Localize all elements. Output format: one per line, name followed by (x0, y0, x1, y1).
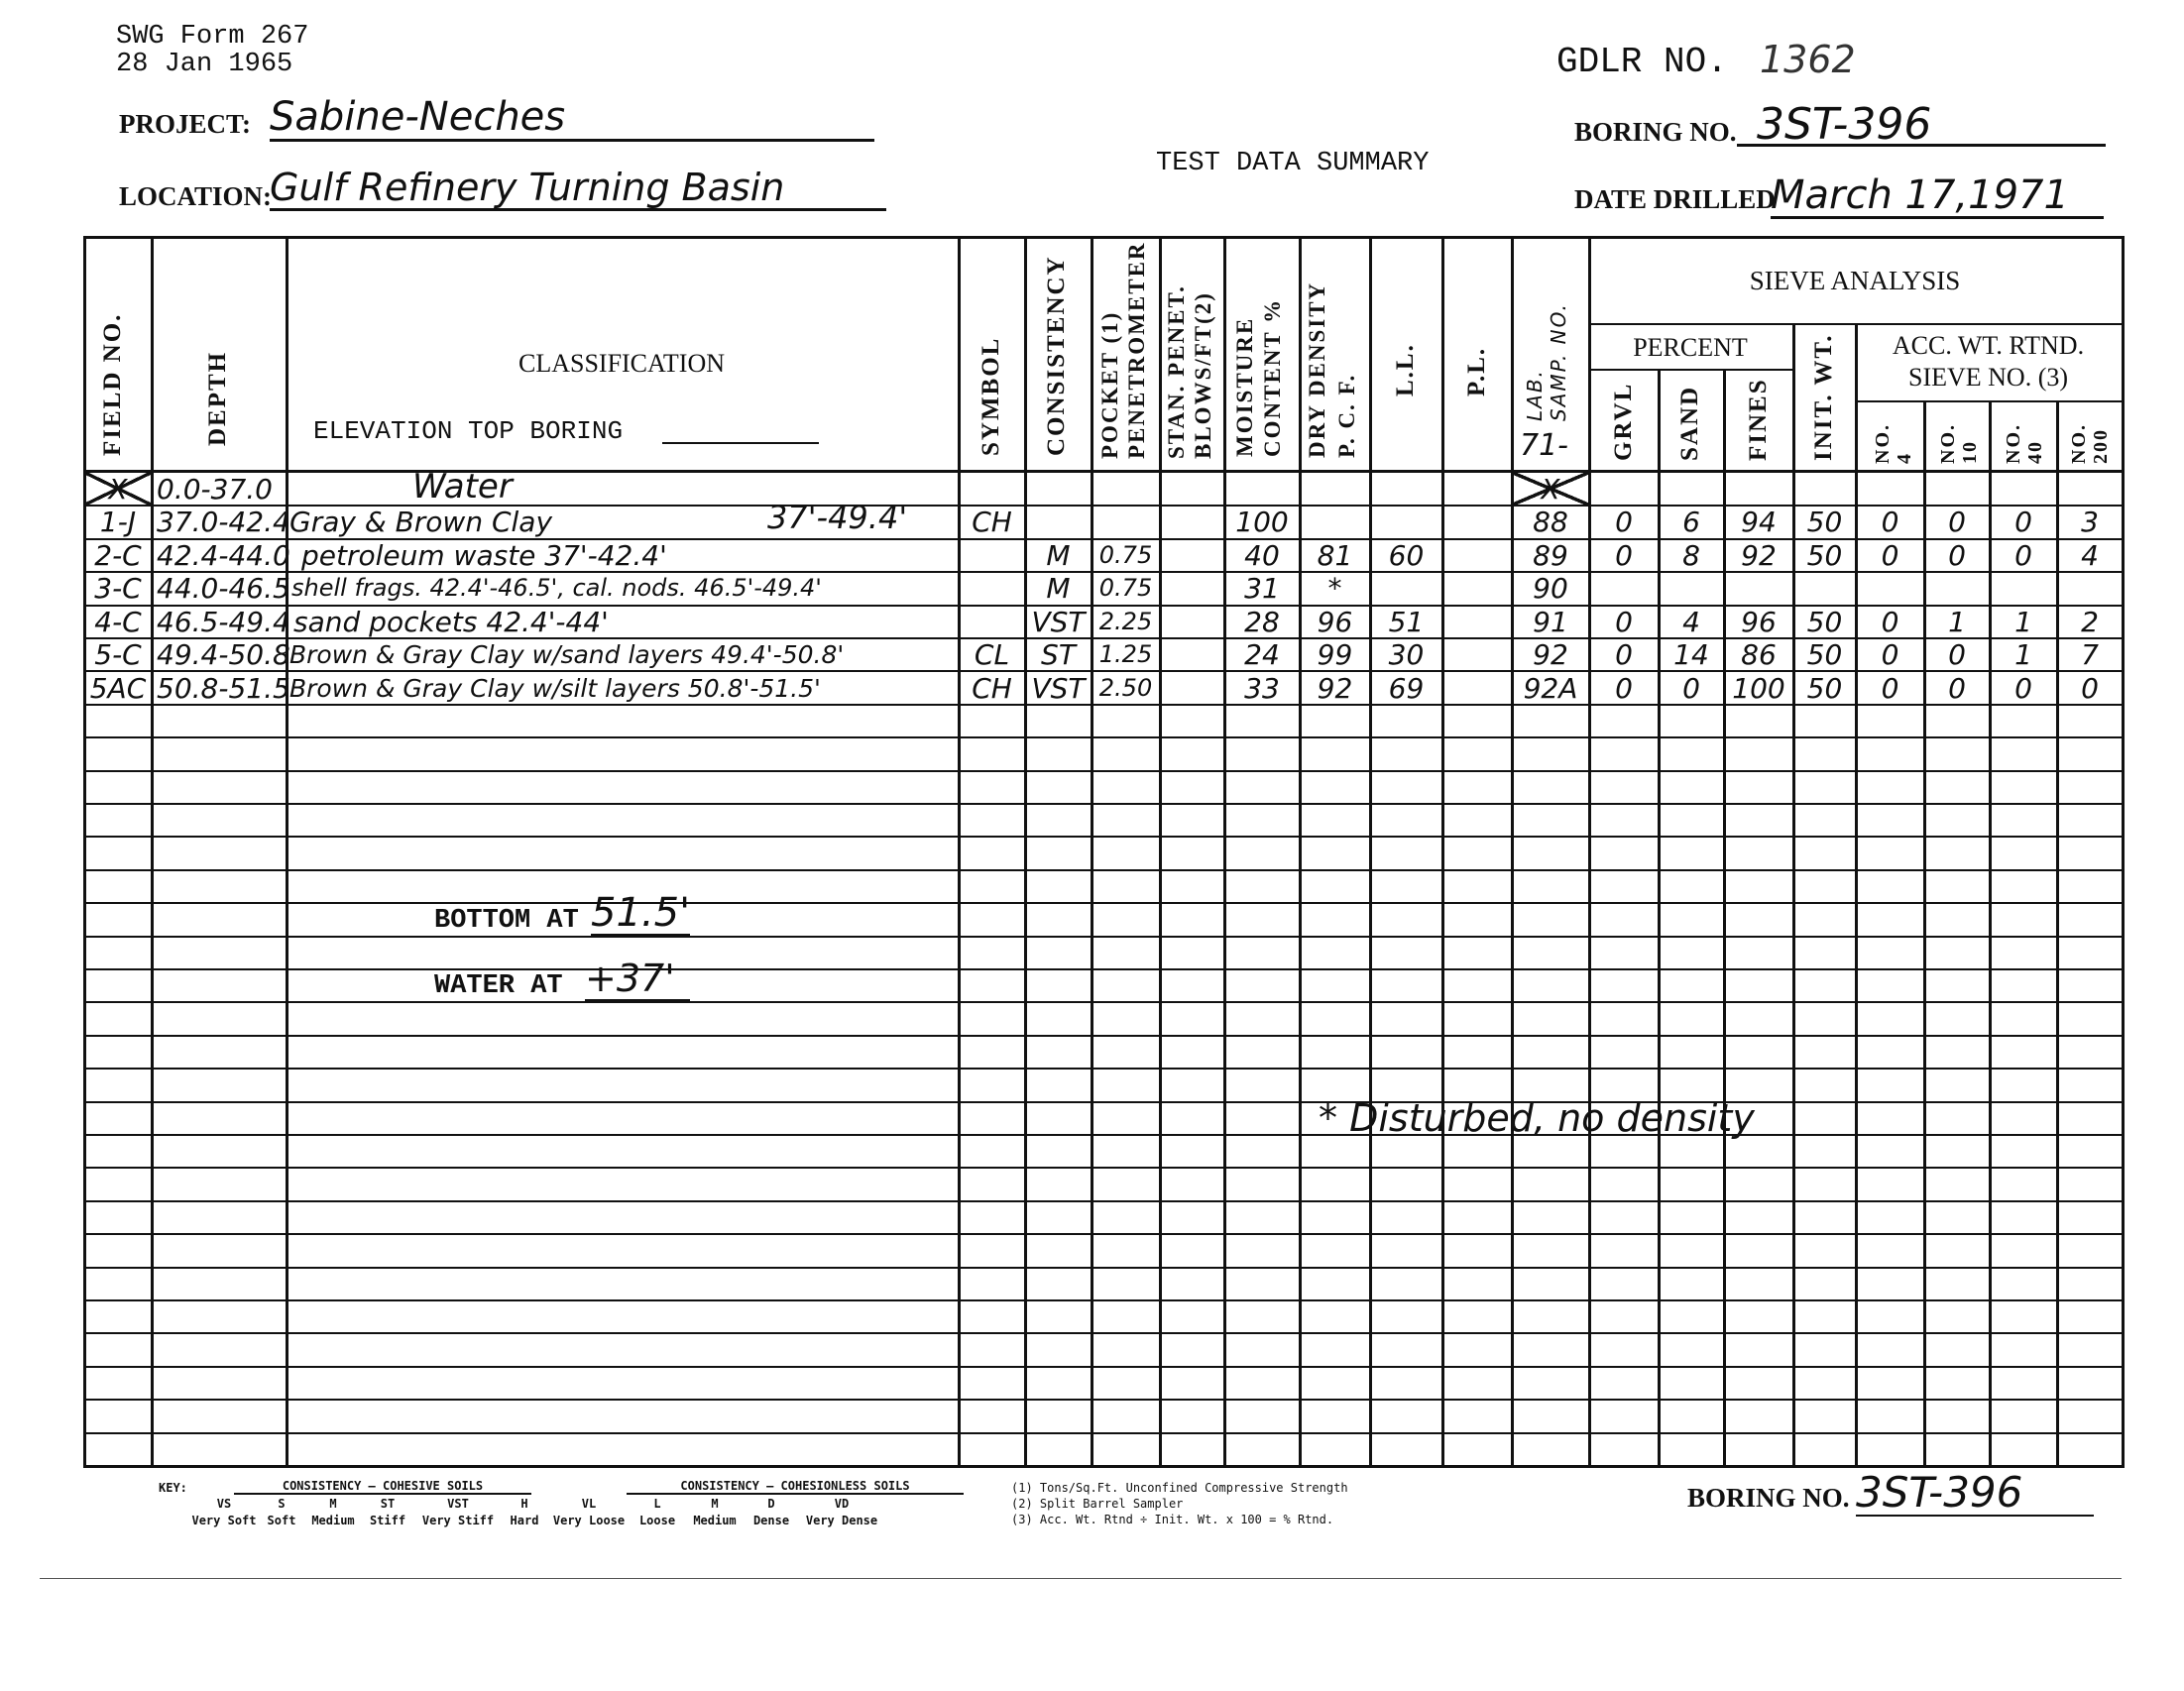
moisture-cell: 100 (1225, 506, 1299, 538)
location-label: LOCATION: (119, 181, 272, 212)
key-name: Loose (632, 1514, 682, 1527)
field-no-cell: 1-J (85, 506, 151, 538)
col-line (1588, 236, 1591, 1468)
row-line (83, 1001, 2125, 1003)
init-wt-cell: 50 (1794, 606, 1855, 638)
col-moisture-content: MOISTURE CONTENT % (1231, 254, 1291, 457)
row-line (83, 1167, 2125, 1169)
moisture-cell: 33 (1225, 672, 1299, 705)
no40-cell: 0 (1991, 539, 2056, 572)
elevation-field (662, 442, 819, 444)
no200-cell: 4 (2058, 539, 2122, 572)
classification-cell: petroleum waste 37'-42.4' (301, 539, 667, 572)
moisture-cell: 28 (1225, 606, 1299, 638)
classification-cell: shell frags. 42.4'-46.5', cal. nods. 46.… (291, 572, 822, 605)
col-sand: SAND (1676, 387, 1704, 461)
no40-cell: 1 (1991, 606, 2056, 638)
key-name: Very Loose (549, 1514, 629, 1527)
key-abbr: D (746, 1497, 797, 1511)
field-no-cell: 5AC (85, 672, 151, 705)
init-wt-cell: 50 (1794, 506, 1855, 538)
key-name: Hard (504, 1514, 545, 1527)
row-line (83, 770, 2125, 772)
disturbed-note: * Disturbed, no density (1319, 1096, 1755, 1140)
row-line (83, 1366, 2125, 1368)
pocket-cell: 2.50 (1092, 672, 1159, 705)
consistency-cell: VST (1026, 606, 1091, 638)
key-abbr: VST (416, 1497, 500, 1511)
depth-cell: 49.4-50.8 (157, 638, 290, 671)
col-fines: FINES (1745, 377, 1773, 461)
key-name: Very Soft (188, 1514, 260, 1527)
pocket-cell: 0.75 (1092, 539, 1159, 572)
sand-cell: 4 (1660, 606, 1723, 638)
bottom-at-value: 51.5' (591, 892, 690, 936)
no10-cell: 0 (1925, 506, 1989, 538)
water-at-value: +37' (585, 958, 690, 1001)
classification-cell: sand pockets 42.4'-44' (293, 606, 609, 638)
no200-cell: 2 (2058, 606, 2122, 638)
lab-samp-cell: 88 (1513, 506, 1588, 538)
col-no-10: NO. 10 (1937, 408, 1977, 464)
no10-cell: 1 (1925, 606, 1989, 638)
row-line (83, 836, 2125, 838)
bottom-at-label: BOTTOM AT (434, 906, 579, 936)
lab-samp-cell: 89 (1513, 539, 1588, 572)
fines-cell: 96 (1725, 606, 1792, 638)
no4-cell: 0 (1857, 539, 1923, 572)
ll-cell: 51 (1371, 606, 1441, 638)
row-line (83, 1101, 2125, 1103)
moisture-cell: 24 (1225, 638, 1299, 671)
location-value: Gulf Refinery Turning Basin (270, 167, 886, 211)
row-line (83, 1299, 2125, 1301)
col-depth: DEPTH (204, 327, 232, 446)
symbol-cell: CL (960, 638, 1024, 671)
classification-cell: Brown & Gray Clay w/sand layers 49.4'-50… (289, 638, 844, 671)
percent-divider (1588, 369, 1792, 371)
project-label: PROJECT: (119, 109, 251, 140)
row-line (83, 736, 2125, 738)
grvl-cell: 0 (1590, 606, 1658, 638)
consistency-cell: VST (1026, 672, 1091, 705)
no4-cell: 0 (1857, 672, 1923, 705)
no10-cell: 0 (1925, 638, 1989, 671)
col-field-no: FIELD NO. (99, 297, 127, 456)
grvl-cell: 0 (1590, 672, 1658, 705)
fines-cell: 86 (1725, 638, 1792, 671)
col-no-200: NO. 200 (2068, 408, 2112, 464)
grvl-cell: 0 (1590, 539, 1658, 572)
col-line (1369, 236, 1372, 1468)
elevation-label: ELEVATION TOP BORING (313, 416, 623, 446)
date-drilled-value: March 17,1971 (1771, 174, 2104, 219)
key-name: Very Stiff (416, 1514, 500, 1527)
cohesionless-title: CONSISTENCY — COHESIONLESS SOILS (627, 1479, 964, 1495)
no200-cell: 7 (2058, 638, 2122, 671)
form-number: SWG Form 267 (116, 22, 308, 52)
key-note-3: (3) Acc. Wt. Rtnd ÷ Init. Wt. x 100 = % … (1011, 1513, 1333, 1526)
moisture-cell: 31 (1225, 572, 1299, 605)
col-sieve-no: SIEVE NO. (3) (1855, 363, 2122, 393)
key-name: Medium (686, 1514, 744, 1527)
classification-cell: Brown & Gray Clay w/silt layers 50.8'-51… (289, 672, 821, 705)
consistency-cell: M (1026, 539, 1091, 572)
field-no-cell: 2-C (85, 539, 151, 572)
key-note-1: (1) Tons/Sq.Ft. Unconfined Compressive S… (1011, 1481, 1348, 1495)
sieve-divider (1588, 323, 2125, 325)
symbol-cell: CH (960, 672, 1024, 705)
gdlr-label: GDLR NO. (1556, 42, 1728, 82)
key-name: Dense (746, 1514, 797, 1527)
key-label: KEY: (159, 1481, 187, 1495)
pocket-cell: 2.25 (1092, 606, 1159, 638)
col-ll: L.L. (1392, 337, 1420, 396)
field-no-cell: 4-C (85, 606, 151, 638)
no10-cell: 0 (1925, 672, 1989, 705)
key-abbr: VL (549, 1497, 629, 1511)
consistency-cell: M (1026, 572, 1091, 605)
depth-cell: 42.4-44.0 (157, 539, 290, 572)
key-name: Medium (305, 1514, 361, 1527)
field-no-cell: X (85, 473, 151, 506)
depth-cell: 0.0-37.0 (157, 473, 273, 506)
col-lab-samp-no: LAB. SAMP. NO. (1523, 297, 1578, 421)
row-line (83, 902, 2125, 904)
col-line (958, 236, 961, 1468)
col-line (1091, 236, 1093, 1468)
row-line (83, 1399, 2125, 1401)
col-line (1792, 323, 1795, 1468)
col-init-wt: INIT. WT. (1810, 327, 1838, 461)
init-wt-cell: 50 (1794, 672, 1855, 705)
row-line (83, 936, 2125, 938)
col-line (1024, 236, 1027, 1468)
col-line (1299, 236, 1302, 1468)
col-classification: CLASSIFICATION (286, 349, 958, 379)
sand-cell: 0 (1660, 672, 1723, 705)
row-line (83, 1233, 2125, 1235)
fines-cell: 100 (1725, 672, 1792, 705)
row-line (83, 1267, 2125, 1269)
ll-cell: 60 (1371, 539, 1441, 572)
sand-cell: 14 (1660, 638, 1723, 671)
no40-cell: 1 (1991, 638, 2056, 671)
row-line (83, 1200, 2125, 1202)
row-line (83, 1068, 2125, 1070)
acc-wt-divider (1855, 400, 2125, 402)
water-at-label: WATER AT (434, 971, 563, 1001)
key-abbr: M (305, 1497, 361, 1511)
moisture-cell: 40 (1225, 539, 1299, 572)
col-line (151, 236, 154, 1468)
dry-density-cell: * (1301, 572, 1369, 605)
key-name: Stiff (363, 1514, 412, 1527)
col-symbol: SYMBOL (977, 317, 1005, 456)
no200-cell: 0 (2058, 672, 2122, 705)
row-line (83, 803, 2125, 805)
field-no-cell: 5-C (85, 638, 151, 671)
lab-samp-cell: 92 (1513, 638, 1588, 671)
col-line (83, 236, 86, 1468)
col-line (2122, 236, 2125, 1468)
key-abbr: H (504, 1497, 545, 1511)
dry-density-cell: 81 (1301, 539, 1369, 572)
classification-cell: Gray & Brown Clay (289, 506, 552, 538)
col-line (1159, 236, 1162, 1468)
row-line (83, 1432, 2125, 1434)
col-no-4: NO. 4 (1872, 408, 1907, 464)
row-line (83, 1332, 2125, 1334)
lab-samp-cell: 92A (1513, 672, 1588, 705)
col-line (1855, 323, 1858, 1468)
col-dry-density: DRY DENSITY P. C. F. (1303, 260, 1364, 458)
key-abbr: S (260, 1497, 303, 1511)
project-value: Sabine-Neches (270, 95, 874, 142)
init-wt-cell: 50 (1794, 638, 1855, 671)
field-no-cell: 3-C (85, 572, 151, 605)
form-date: 28 Jan 1965 (116, 50, 292, 79)
col-no-40: NO. 40 (2003, 408, 2042, 464)
key-abbr: L (632, 1497, 682, 1511)
classification-cell: Water (412, 471, 513, 504)
key-name: Soft (260, 1514, 303, 1527)
boring-label: BORING NO. (1574, 117, 1737, 148)
ll-cell: 69 (1371, 672, 1441, 705)
pocket-cell: 1.25 (1092, 638, 1159, 671)
lab-samp-cell: 90 (1513, 572, 1588, 605)
table-top-border (83, 236, 2125, 239)
col-sieve-analysis: SIEVE ANALYSIS (1588, 266, 2122, 296)
col-line (1441, 236, 1444, 1468)
sand-cell: 6 (1660, 506, 1723, 538)
no4-cell: 0 (1857, 606, 1923, 638)
table-bottom-border (83, 1465, 2125, 1468)
key-abbr: ST (363, 1497, 412, 1511)
row-line (83, 869, 2125, 871)
key-abbr: VD (799, 1497, 884, 1511)
depth-cell: 44.0-46.5 (157, 572, 290, 605)
dry-density-cell: 99 (1301, 638, 1369, 671)
col-percent: PERCENT (1588, 333, 1792, 363)
dry-density-cell: 92 (1301, 672, 1369, 705)
depth-cell: 46.5-49.4 (157, 606, 290, 638)
key-name: Very Dense (799, 1514, 884, 1527)
dry-density-cell: 96 (1301, 606, 1369, 638)
no4-cell: 0 (1857, 638, 1923, 671)
col-line (1511, 236, 1514, 1468)
footer-boring-label: BORING NO. (1687, 1483, 1850, 1514)
row-line (83, 1035, 2125, 1037)
no40-cell: 0 (1991, 672, 2056, 705)
no10-cell: 0 (1925, 539, 1989, 572)
lab-samp-cell: 91 (1513, 606, 1588, 638)
col-grvl: GRVL (1610, 387, 1638, 461)
lab-samp-cell: X (1513, 473, 1588, 506)
col-stan-penet: STAN. PENET. BLOWS/FT(2) (1163, 246, 1218, 459)
depth-cell: 37.0-42.4 (157, 506, 290, 538)
fines-cell: 92 (1725, 539, 1792, 572)
grvl-cell: 0 (1590, 506, 1658, 538)
key-abbr: M (686, 1497, 744, 1511)
sand-cell: 8 (1660, 539, 1723, 572)
col-line (286, 236, 288, 1468)
consistency-cell: ST (1026, 638, 1091, 671)
page-bottom-rule (40, 1578, 2122, 1579)
boring-value: 3ST-396 (1737, 103, 2106, 147)
header-bottom-border (83, 470, 2125, 473)
no200-cell: 3 (2058, 506, 2122, 538)
col-pocket-penetrometer: POCKET (1) PENETROMETER (1096, 246, 1152, 459)
classification-range-cell: 37'-49.4' (767, 502, 907, 534)
form-title: TEST DATA SUMMARY (1156, 149, 1429, 178)
init-wt-cell: 50 (1794, 539, 1855, 572)
key-abbr: VS (194, 1497, 254, 1511)
date-drilled-label: DATE DRILLED (1574, 184, 1776, 215)
symbol-cell: CH (960, 506, 1024, 538)
depth-cell: 50.8-51.5 (157, 672, 290, 705)
footer-boring-value: 3ST-396 (1856, 1471, 2094, 1517)
pocket-cell: 0.75 (1092, 572, 1159, 605)
col-line (1223, 236, 1226, 1468)
no4-cell: 0 (1857, 506, 1923, 538)
no40-cell: 0 (1991, 506, 2056, 538)
gdlr-value: 1362 (1760, 38, 1856, 81)
cohesive-title: CONSISTENCY — COHESIVE SOILS (234, 1479, 531, 1495)
row-line (83, 1134, 2125, 1136)
row-line (83, 968, 2125, 970)
lab-samp-prefix: 71- (1520, 428, 1568, 463)
key-note-2: (2) Split Barrel Sampler (1011, 1497, 1183, 1511)
grvl-cell: 0 (1590, 638, 1658, 671)
col-pl: P.L. (1463, 337, 1491, 396)
fines-cell: 94 (1725, 506, 1792, 538)
col-consistency: CONSISTENCY (1043, 268, 1071, 456)
col-acc-wt-rtnd: ACC. WT. RTND. (1855, 331, 2122, 361)
ll-cell: 30 (1371, 638, 1441, 671)
